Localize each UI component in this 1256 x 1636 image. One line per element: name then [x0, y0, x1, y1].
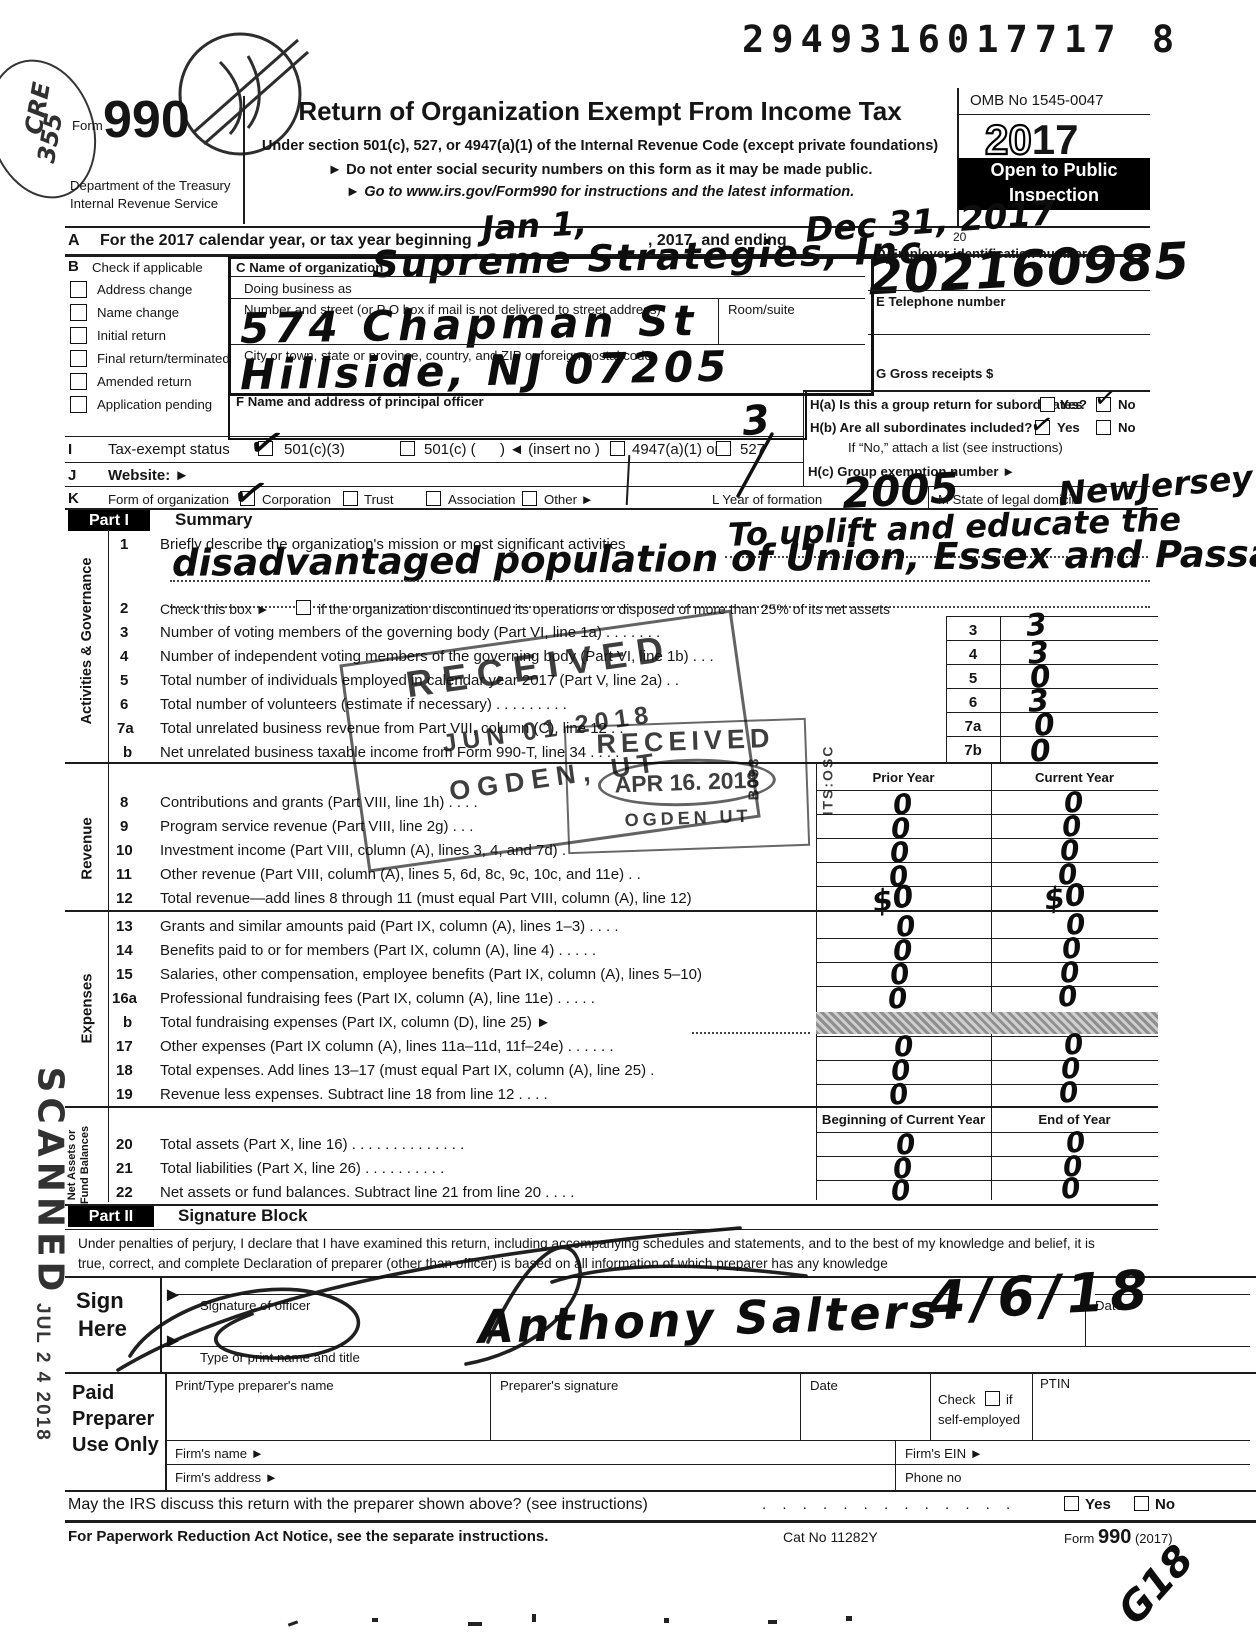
hb-label: H(b) Are all subordinates included?	[810, 420, 1032, 435]
line6-box: 6	[946, 694, 1000, 711]
line13-num: 13	[116, 918, 133, 935]
col-beginning-year: Beginning of Current Year	[816, 1112, 991, 1127]
checkbox-address-change[interactable]	[70, 281, 87, 298]
line7b-box: 7b	[946, 742, 1000, 759]
checkbox-application-pending[interactable]	[70, 396, 87, 413]
label-501c3: 501(c)(3)	[284, 441, 345, 458]
received-stamp-apr: RECEIVED APR 16. 2018 OGDEN UT	[564, 718, 810, 854]
checkbox-association[interactable]	[426, 491, 441, 506]
label-501c: 501(c) (	[424, 441, 476, 458]
firms-name-label: Firm's name ►	[175, 1446, 264, 1461]
discuss-question: May the IRS discuss this return with the…	[68, 1496, 648, 1514]
line12-label: Total revenue—add lines 8 through 11 (mu…	[160, 890, 692, 907]
line11-label: Other revenue (Part VIII, column (A), li…	[160, 866, 641, 883]
checkbox-discuss-no[interactable]	[1134, 1496, 1149, 1511]
preparer-label: Preparer	[72, 1408, 154, 1431]
firms-ein-label: Firm's EIN ►	[905, 1446, 983, 1461]
hw-line16a-prior[interactable]: 0	[886, 981, 909, 1016]
hw-line19-current[interactable]: 0	[1057, 1075, 1080, 1110]
year-of-formation-label: L Year of formation	[712, 492, 822, 507]
line7a-num: 7a	[117, 720, 134, 737]
dept-line1: Department of the Treasury	[70, 178, 231, 193]
sidebar-revenue: Revenue	[79, 794, 96, 904]
line2-num: 2	[120, 600, 128, 617]
room-suite-label: Room/suite	[728, 302, 795, 317]
rule	[1032, 1372, 1033, 1440]
rule	[895, 1440, 896, 1490]
line10-num: 10	[116, 842, 133, 859]
rule	[165, 1464, 1250, 1465]
tax-year-suffix: 17	[1032, 116, 1079, 163]
label-corporation: Corporation	[262, 492, 331, 507]
discuss-no-label: No	[1155, 1496, 1175, 1513]
ha-no-label: No	[1118, 397, 1136, 412]
rule	[946, 688, 1158, 689]
form-bullet2: ► Go to www.irs.gov/Form990 for instruct…	[255, 184, 945, 200]
line13-label: Grants and similar amounts paid (Part IX…	[160, 918, 619, 935]
rule	[800, 1372, 801, 1440]
rule	[946, 736, 1158, 737]
sidebar-activities-governance: Activities & Governance	[79, 526, 95, 756]
line-k-letter: K	[68, 490, 79, 507]
form-word: Form	[72, 118, 103, 133]
rule	[816, 1156, 1158, 1157]
footer-form-number: 990	[1098, 1526, 1131, 1548]
rule	[868, 290, 1150, 291]
form-subtitle: Under section 501(c), 527, or 4947(a)(1)…	[245, 138, 955, 154]
use-only-label: Use Only	[72, 1434, 159, 1457]
received-stamp-title: RECEIVED	[566, 722, 805, 761]
line22-num: 22	[116, 1184, 133, 1201]
line2-rest: if the organization discontinued its ope…	[318, 601, 890, 617]
self-employed-label: self-employed	[938, 1412, 1020, 1427]
scan-noise	[288, 1620, 298, 1626]
preparer-signature-label: Preparer's signature	[500, 1378, 618, 1393]
rule	[65, 462, 803, 463]
col-end-year: End of Year	[991, 1112, 1158, 1127]
line17-num: 17	[116, 1038, 133, 1055]
line19-label: Revenue less expenses. Subtract line 18 …	[160, 1086, 548, 1103]
rule	[816, 1132, 1158, 1133]
line14-num: 14	[116, 942, 133, 959]
rule	[816, 1060, 1158, 1061]
rule	[928, 486, 929, 510]
rule	[170, 580, 1150, 582]
scan-noise	[372, 1618, 378, 1622]
scan-noise	[664, 1618, 669, 1623]
rule	[816, 838, 1158, 839]
checkbox-4947a1[interactable]	[610, 441, 625, 456]
scan-date-stamp: JUL 2 4 2018	[31, 1303, 53, 1451]
checkbox-discontinued[interactable]	[296, 600, 311, 615]
checkbox-amended-return[interactable]	[70, 373, 87, 390]
line16a-num: 16a	[112, 990, 137, 1007]
line-a-letter: A	[68, 232, 80, 250]
checkbox-hb-no[interactable]	[1096, 420, 1111, 435]
discuss-yes-label: Yes	[1085, 1496, 1111, 1513]
scan-noise	[768, 1620, 777, 1624]
label-trust: Trust	[364, 492, 394, 507]
form-number: 990	[103, 90, 190, 150]
line8-num: 8	[120, 794, 128, 811]
scan-noise	[846, 1616, 852, 1621]
ha-yes-label: Yes	[1060, 397, 1083, 412]
scan-noise	[532, 1614, 536, 1622]
rule	[946, 616, 1158, 617]
label-initial-return: Initial return	[97, 328, 166, 343]
hw-corner-mark: G18	[1110, 1537, 1203, 1634]
section-b-letter: B	[68, 258, 79, 275]
rule	[65, 1520, 1256, 1523]
checkbox-initial-return[interactable]	[70, 327, 87, 344]
telephone-label: E Telephone number	[876, 294, 1005, 309]
preparer-date-label: Date	[810, 1378, 838, 1393]
rule	[957, 114, 1150, 115]
line7b-num: b	[123, 744, 132, 761]
rule	[816, 986, 1158, 987]
line-i-letter: I	[68, 441, 72, 458]
rule	[816, 1036, 1158, 1037]
check-label: Check	[938, 1392, 975, 1407]
rule	[65, 1490, 1256, 1492]
checkbox-name-change[interactable]	[70, 304, 87, 321]
line11-num: 11	[116, 866, 132, 883]
line16b-label: Total fundraising expenses (Part IX, col…	[160, 1014, 551, 1031]
rule	[165, 1440, 1250, 1441]
label-name-change: Name change	[97, 305, 179, 320]
rule	[816, 1180, 1158, 1181]
line19-num: 19	[116, 1086, 133, 1103]
website-label: Website: ►	[108, 467, 189, 484]
hw-line22-beginning[interactable]: 0	[889, 1173, 912, 1208]
line4-box: 4	[946, 646, 1000, 663]
org-name-label: C Name of organization	[236, 260, 383, 275]
rule	[490, 1372, 491, 1440]
line-j-letter: J	[68, 467, 76, 484]
open-line1: Open to Public	[958, 158, 1150, 183]
rule	[65, 486, 1150, 487]
checkbox-self-employed[interactable]	[985, 1391, 1000, 1406]
line21-label: Total liabilities (Part X, line 26) . . …	[160, 1160, 444, 1177]
discuss-dots: . . . . . . . . . . . . .	[762, 1496, 1016, 1513]
line22-label: Net assets or fund balances. Subtract li…	[160, 1184, 574, 1201]
line14-label: Benefits paid to or for members (Part IX…	[160, 942, 596, 959]
firms-address-label: Firm's address ►	[175, 1470, 278, 1485]
rule	[816, 1084, 1158, 1085]
line3-box: 3	[946, 622, 1000, 639]
received-stamp-location: OGDEN UT	[569, 804, 808, 833]
shaded-cell-16b	[816, 1012, 1158, 1034]
label-amended-return: Amended return	[97, 374, 192, 389]
label-4947a1: 4947(a)(1) or	[632, 441, 720, 458]
line-a-suffix: 20	[953, 230, 966, 244]
hw-line7b-value[interactable]: 0	[1028, 733, 1052, 770]
rule	[816, 886, 1158, 887]
hw-line16a-current[interactable]: 0	[1056, 979, 1079, 1014]
received-stamp-office: ITS:OSC	[819, 745, 835, 816]
line3-num: 3	[120, 624, 128, 641]
principal-officer-label: F Name and address of principal officer	[236, 394, 484, 409]
rule	[718, 298, 719, 344]
line17-label: Other expenses (Part IX column (A), line…	[160, 1038, 614, 1055]
rule	[816, 790, 1158, 791]
rule	[65, 436, 803, 437]
checkbox-final-return[interactable]	[70, 350, 87, 367]
rule	[65, 1106, 1158, 1108]
dln-barcode-number: 2949316017717 8	[742, 18, 1181, 61]
rule	[165, 1372, 167, 1490]
line7a-box: 7a	[946, 718, 1000, 735]
rule	[946, 616, 947, 764]
part1-title: Summary	[175, 510, 252, 530]
hb-no-label: No	[1118, 420, 1136, 435]
rule	[816, 762, 817, 1200]
ha-no-checkmark: ✓	[1092, 383, 1118, 416]
rule	[816, 962, 1158, 963]
section-b-title: Check if applicable	[92, 260, 203, 275]
line15-num: 15	[116, 966, 133, 983]
line21-num: 21	[116, 1160, 133, 1177]
line5-box: 5	[946, 670, 1000, 687]
cat-number: Cat No 11282Y	[783, 1529, 878, 1545]
line6-num: 6	[120, 696, 128, 713]
hb-yes-label: Yes	[1057, 420, 1080, 435]
checkbox-501c[interactable]	[400, 441, 415, 456]
dept-line2: Internal Revenue Service	[70, 196, 218, 211]
scan-noise	[468, 1622, 482, 1626]
line1-num: 1	[120, 536, 128, 553]
sidebar-expenses: Expenses	[79, 934, 96, 1084]
footer-form: Form 990 (2017)	[1064, 1526, 1173, 1549]
form-990-page: 2949316017717 8 CRE 355 Form 990 Departm…	[0, 0, 1256, 1636]
line15-label: Salaries, other compensation, employee b…	[160, 966, 702, 983]
tax-exempt-status-label: Tax-exempt status	[108, 441, 230, 458]
rule	[816, 814, 1158, 815]
rule	[243, 96, 245, 224]
rule	[231, 276, 865, 277]
form-title: Return of Organization Exempt From Incom…	[255, 96, 945, 127]
phone-no-label: Phone no	[905, 1470, 961, 1485]
hb-yes-checkmark: ✓	[1027, 406, 1057, 443]
paid-label: Paid	[72, 1382, 114, 1405]
form-bullet1: ► Do not enter social security numbers o…	[255, 162, 945, 178]
line5-num: 5	[120, 672, 128, 689]
dba-label: Doing business as	[244, 281, 352, 296]
hw-signature-date[interactable]: 4/6/18	[927, 1258, 1156, 1333]
label-address-change: Address change	[97, 282, 192, 297]
checkbox-trust[interactable]	[343, 491, 358, 506]
hw-scrawl-slash	[720, 430, 780, 500]
checkbox-other[interactable]	[522, 491, 537, 506]
line18-label: Total expenses. Add lines 13–17 (must eq…	[160, 1062, 654, 1079]
checkbox-discuss-yes[interactable]	[1064, 1496, 1079, 1511]
rule	[816, 862, 1158, 863]
line4-num: 4	[120, 648, 128, 665]
rule	[692, 1032, 810, 1034]
line9-num: 9	[120, 818, 128, 835]
rule	[946, 640, 1158, 641]
officer-signature-scrawl	[100, 1218, 880, 1388]
preparer-name-label: Print/Type preparer's name	[175, 1378, 334, 1393]
omb-number: OMB No 1545-0047	[970, 92, 1103, 109]
col-prior-year: Prior Year	[816, 770, 991, 785]
line16b-num: b	[123, 1014, 132, 1031]
ptin-label: PTIN	[1040, 1376, 1070, 1391]
rule	[930, 1372, 931, 1440]
tax-year: 2017	[985, 116, 1078, 164]
line2-label: Check this box ►	[160, 601, 270, 617]
hw-line22-end[interactable]: 0	[1059, 1171, 1082, 1206]
label-501c-insert: ) ◄ (insert no )	[500, 441, 600, 458]
paperwork-notice: For Paperwork Reduction Act Notice, see …	[68, 1528, 548, 1545]
col-current-year: Current Year	[991, 770, 1158, 785]
label-association: Association	[448, 492, 515, 507]
line16a-label: Professional fundraising fees (Part IX, …	[160, 990, 595, 1007]
check-if-label: if	[1006, 1392, 1013, 1407]
line20-num: 20	[116, 1136, 133, 1153]
rule	[108, 530, 109, 1202]
tax-year-prefix: 20	[985, 116, 1032, 163]
label-application-pending: Application pending	[97, 397, 212, 412]
rule	[946, 712, 1158, 713]
line20-label: Total assets (Part X, line 16) . . . . .…	[160, 1136, 464, 1153]
line12-num: 12	[116, 890, 133, 907]
hb-note: If “No,” attach a list (see instructions…	[848, 440, 1063, 455]
gross-receipts-label: G Gross receipts $	[876, 366, 993, 381]
footer-form-word: Form	[1064, 1531, 1094, 1546]
received-stamp-date: APR 16. 2018	[597, 756, 777, 809]
rule	[946, 664, 1158, 665]
label-final-return: Final return/terminated	[97, 351, 230, 366]
rule	[65, 910, 1158, 912]
form-of-org-label: Form of organization	[108, 492, 229, 507]
rule	[991, 762, 992, 1200]
rule	[816, 938, 1158, 939]
rule	[868, 334, 1150, 335]
scanned-stamp: SCANNED	[30, 1067, 71, 1291]
label-other: Other ►	[544, 492, 594, 507]
rule	[1000, 616, 1001, 764]
rule	[803, 390, 804, 486]
line18-num: 18	[116, 1062, 133, 1079]
